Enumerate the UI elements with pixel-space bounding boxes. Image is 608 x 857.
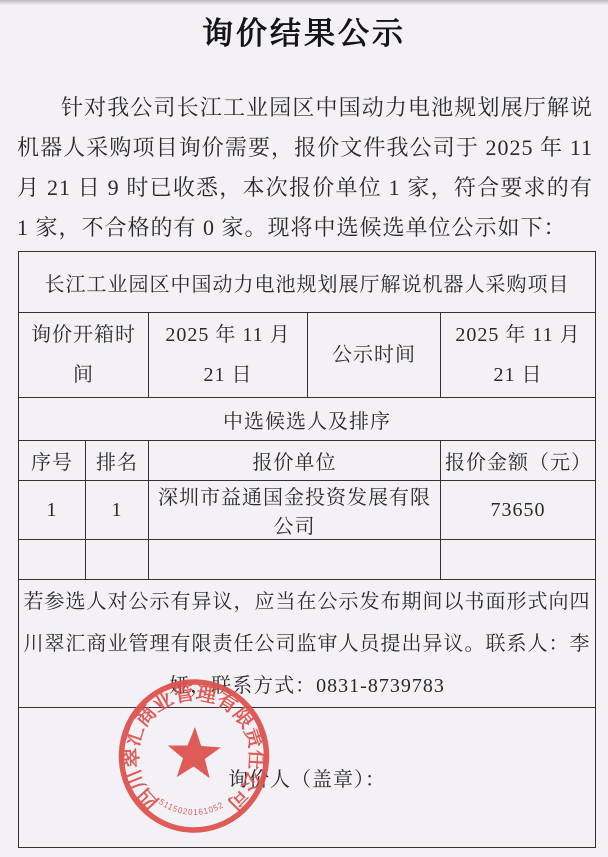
amount-cell (441, 540, 596, 580)
open-time-label-cell: 询价开箱时间 (19, 313, 149, 398)
table-row-project: 长江工业园区中国动力电池规划展厅解说机器人采购项目 (19, 252, 596, 313)
header-rank-cell: 排名 (86, 441, 149, 481)
publicity-time-label-cell: 公示时间 (308, 313, 441, 398)
bidder-cell (149, 540, 441, 580)
table-row-headers: 序号 排名 报价单位 报价金额（元） (19, 441, 596, 481)
rank-cell: 1 (86, 481, 149, 540)
table-row-result-2 (19, 540, 596, 580)
document-page: 询价结果公示 针对我公司长江工业园区中国动力电池规划展厅解说机器人采购项目询价需… (0, 0, 608, 857)
signer-cell: 询价人（盖章）： (19, 708, 596, 848)
document-title: 询价结果公示 (0, 8, 608, 53)
rank-cell (86, 540, 149, 580)
intro-paragraph: 针对我公司长江工业园区中国动力电池规划展厅解说机器人采购项目询价需要，报价文件我… (17, 88, 593, 248)
table-row-objection-notice: 若参选人对公示有异议，应当在公示发布期间以书面形式向四川翠汇商业管理有限责任公司… (19, 580, 596, 708)
table-row-result-1: 1 1 深圳市益通国金投资发展有限公司 73650 (19, 481, 596, 540)
header-bidder-cell: 报价单位 (149, 441, 441, 481)
section-title-cell: 中选候选人及排序 (19, 398, 596, 441)
open-time-value-cell: 2025 年 11 月 21 日 (149, 313, 308, 398)
table-row-section-title: 中选候选人及排序 (19, 398, 596, 441)
bidder-cell: 深圳市益通国金投资发展有限公司 (149, 481, 441, 540)
seq-cell (19, 540, 86, 580)
header-seq-cell: 序号 (19, 441, 86, 481)
objection-notice-cell: 若参选人对公示有异议，应当在公示发布期间以书面形式向四川翠汇商业管理有限责任公司… (19, 580, 596, 708)
table-row-signature: 询价人（盖章）： (19, 708, 596, 848)
header-amount-cell: 报价金额（元） (441, 441, 596, 481)
seq-cell: 1 (19, 481, 86, 540)
project-name-cell: 长江工业园区中国动力电池规划展厅解说机器人采购项目 (19, 252, 596, 313)
signer-label: 询价人（盖章）： (228, 769, 386, 791)
table-row-times: 询价开箱时间 2025 年 11 月 21 日 公示时间 2025 年 11 月… (19, 313, 596, 398)
amount-cell: 73650 (441, 481, 596, 540)
publicity-time-value-cell: 2025 年 11 月 21 日 (441, 313, 596, 398)
results-table: 长江工业园区中国动力电池规划展厅解说机器人采购项目 询价开箱时间 2025 年 … (18, 251, 596, 848)
